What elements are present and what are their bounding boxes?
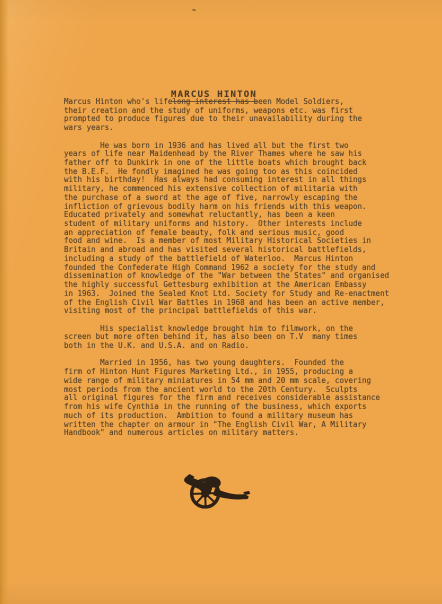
paragraph-biography: He was born in 1936 and has lived all bu…: [64, 142, 396, 316]
cannon-icon: [182, 465, 254, 513]
paragraph-intro: Marcus Hinton who's lifelong interest ha…: [64, 98, 396, 133]
scan-speck: [192, 9, 196, 12]
document-body: Marcus Hinton who's lifelong interest ha…: [64, 98, 396, 447]
document-page: MARCUS HINTON Marcus Hinton who's lifelo…: [0, 0, 442, 604]
paragraph-business: Married in 1956, has two young daughters…: [64, 359, 396, 437]
paragraph-media: His specialist knowledge brought him to …: [64, 325, 396, 351]
